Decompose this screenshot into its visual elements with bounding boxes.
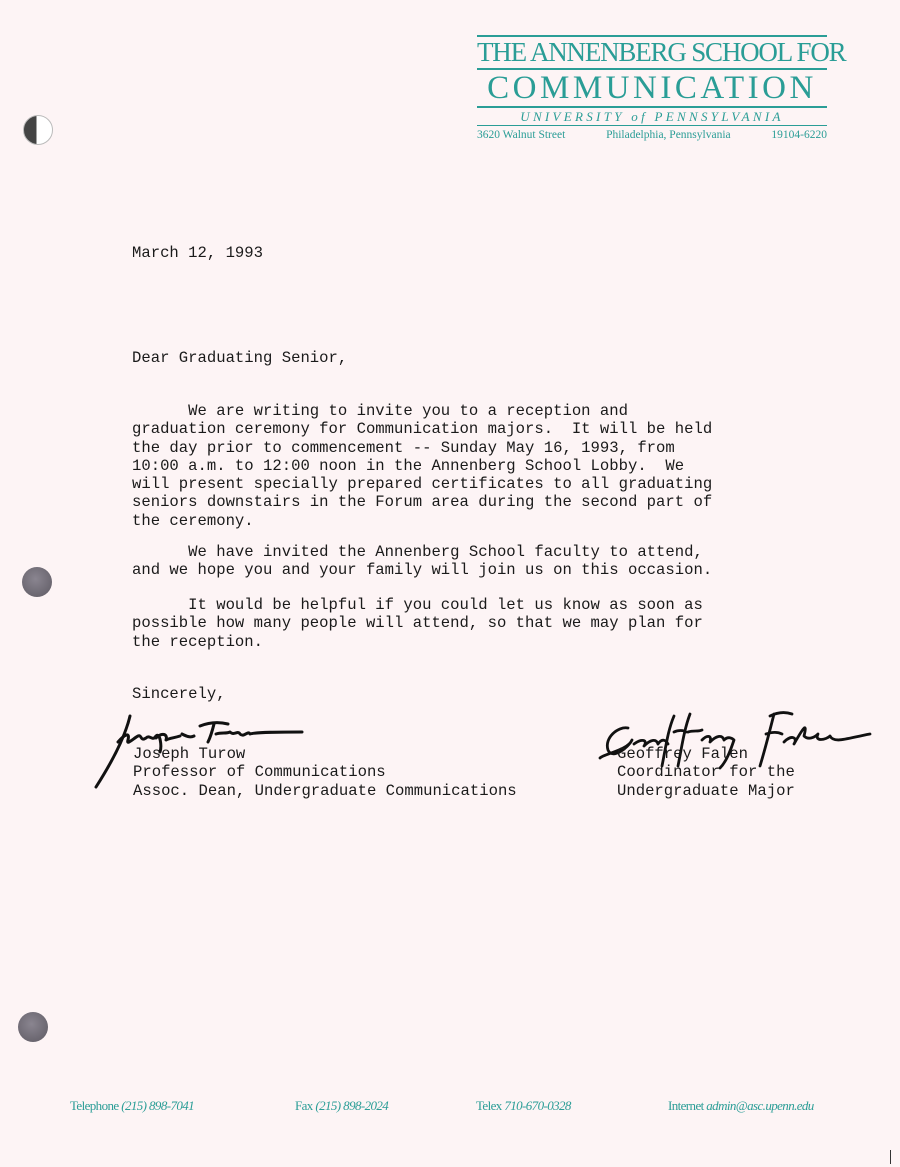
street: 3620 Walnut Street bbox=[477, 129, 565, 141]
footer-telex: Telex 710-670-0328 bbox=[476, 1098, 571, 1114]
signer-name: Geoffrey Falen bbox=[617, 745, 748, 763]
signer-block: Joseph Turow Professor of Communications… bbox=[133, 745, 517, 800]
salutation: Dear Graduating Senior, bbox=[132, 349, 347, 367]
footer-fax: Fax (215) 898-2024 bbox=[295, 1098, 388, 1114]
internet-address: admin@asc.upenn.edu bbox=[706, 1098, 813, 1113]
fax-number: (215) 898-2024 bbox=[315, 1098, 388, 1113]
telephone-number: (215) 898-7041 bbox=[121, 1098, 194, 1113]
school-name: THE ANNENBERG SCHOOL FOR bbox=[477, 37, 827, 68]
letterhead: THE ANNENBERG SCHOOL FOR COMMUNICATION U… bbox=[477, 35, 827, 141]
body-paragraph: It would be helpful if you could let us … bbox=[132, 596, 703, 651]
scan-edge-mark bbox=[890, 1150, 891, 1164]
fax-label: Fax bbox=[295, 1098, 313, 1113]
telephone-label: Telephone bbox=[70, 1098, 119, 1113]
punch-hole-icon bbox=[18, 1012, 48, 1042]
body-paragraph: We are writing to invite you to a recept… bbox=[132, 402, 712, 530]
address-line: 3620 Walnut Street Philadelphia, Pennsyl… bbox=[477, 129, 827, 141]
telex-label: Telex bbox=[476, 1098, 502, 1113]
zip: 19104-6220 bbox=[771, 129, 827, 141]
footer-telephone: Telephone (215) 898-7041 bbox=[70, 1098, 194, 1114]
signer-title: Undergraduate Major bbox=[617, 782, 795, 800]
punch-hole-icon bbox=[22, 567, 52, 597]
letter-date: March 12, 1993 bbox=[132, 244, 263, 262]
telex-number: 710-670-0328 bbox=[504, 1098, 570, 1113]
footer-internet: Internet admin@asc.upenn.edu bbox=[668, 1098, 814, 1114]
punch-hole-icon bbox=[23, 115, 53, 145]
signer-name: Joseph Turow bbox=[133, 745, 245, 763]
city: Philadelphia, Pennsylvania bbox=[606, 129, 731, 141]
body-paragraph: We have invited the Annenberg School fac… bbox=[132, 543, 712, 580]
university-name: UNIVERSITY of PENNSYLVANIA bbox=[477, 108, 827, 125]
letterhead-rule-bottom bbox=[477, 125, 827, 126]
school-name-communication: COMMUNICATION bbox=[477, 70, 827, 106]
signer-title: Professor of Communications bbox=[133, 763, 386, 781]
internet-label: Internet bbox=[668, 1098, 704, 1113]
signer-title: Assoc. Dean, Undergraduate Communication… bbox=[133, 782, 517, 800]
closing: Sincerely, bbox=[132, 685, 226, 703]
signer-title: Coordinator for the bbox=[617, 763, 795, 781]
signer-block: Geoffrey Falen Coordinator for the Under… bbox=[617, 745, 795, 800]
